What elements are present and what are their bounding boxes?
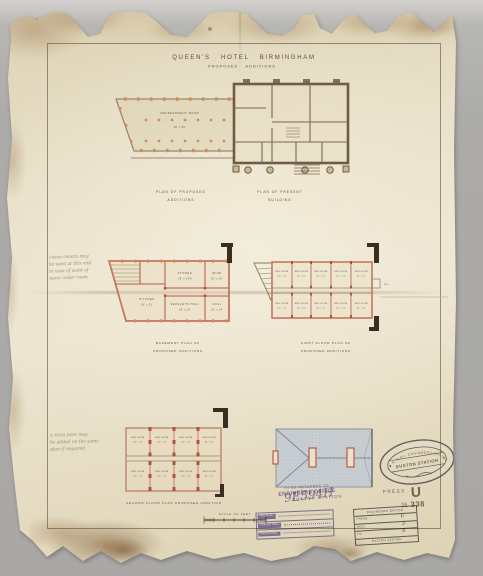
room-label: BED ROOM — [335, 271, 348, 273]
office-box-label: PRESS — [354, 517, 367, 521]
room-label: BED ROOM — [180, 471, 193, 473]
scanned-drawing-page: QUEEN'S HOTEL BIRMINGHAM PROPOSED ADDITI… — [0, 0, 483, 576]
pin-hole — [36, 17, 39, 20]
pencil-note-basement: These cellars may be used at this end in… — [49, 253, 92, 282]
caption: PROPOSED ADDITIONS — [153, 349, 202, 353]
office-box-label: No. — [355, 533, 363, 536]
caption: SECOND FLOOR PLAN PROPOSED ADDITION — [126, 501, 222, 505]
oval-stamp-center-text: EUSTON STATION — [396, 458, 439, 470]
room-dims: 13' x 11' — [181, 442, 191, 444]
title-block: QUEEN'S HOTEL BIRMINGHAM PROPOSED ADDITI… — [172, 55, 315, 69]
wall-mark — [221, 243, 233, 263]
paper-shadow-wrap: QUEEN'S HOTEL BIRMINGHAM PROPOSED ADDITI… — [0, 0, 483, 576]
room-dims: 13' x 11' — [277, 308, 287, 310]
record-row-label: PRESS No. — [258, 514, 276, 520]
room-dims: 13' x 11' — [316, 276, 326, 278]
room-label: BED ROOM — [355, 271, 368, 273]
room-label: COAL — [212, 303, 222, 306]
room-label: BED ROOM — [180, 437, 193, 439]
record-row-line — [283, 531, 330, 534]
record-row-label: TRACED ROLL — [258, 523, 281, 529]
room-label: BED ROOM — [203, 437, 216, 439]
room-dims: 19' x 14' — [179, 310, 191, 312]
office-box-label: ROLL — [355, 525, 366, 529]
press-value: U — [410, 483, 421, 500]
plan-basement: KITCHEN 26' x 21' STORES 19' x 14'6 WINE… — [109, 243, 233, 353]
room-dims: 13' x 11' — [157, 442, 167, 444]
office-box-value: U — [400, 514, 404, 519]
room-label: REFRESHMENT ROOM — [161, 112, 200, 115]
room-label: BED ROOM — [132, 471, 145, 473]
record-row-line — [279, 514, 330, 517]
plan-second-floor: BED ROOM 13' x 11' BED ROOM 13' x 11' BE… — [126, 408, 228, 505]
room-label: SERVANTS HALL — [170, 303, 199, 306]
plan-present-building: PLAN OF PRESENT BUILDING — [233, 79, 349, 202]
room-dims: 13' x 11' — [297, 276, 307, 278]
room-dims: 13' x 11' — [297, 308, 307, 310]
room-dims: 16' x 14' — [211, 279, 223, 281]
room-label: BED ROOM — [276, 303, 289, 305]
record-row-line — [284, 522, 330, 525]
room-label: BED ROOM — [315, 271, 328, 273]
office-box-value: 8 — [402, 529, 405, 534]
room-dims: 13' x 11' — [205, 476, 215, 478]
room-dims: 13' x 11' — [157, 476, 167, 478]
room-label: BED ROOM — [203, 471, 216, 473]
room-label: BED ROOM — [156, 437, 169, 439]
room-dims: 13' x 11' — [316, 308, 326, 310]
caption: PLAN OF PROPOSED — [156, 190, 206, 194]
room-label: BED ROOM — [276, 271, 289, 273]
plan-roof — [273, 429, 372, 487]
pencil-note-third-floor: A third floor may be added on the same p… — [50, 431, 99, 453]
press-label: PRESS — [383, 488, 406, 495]
room-label: BED ROOM — [132, 437, 145, 439]
room-dims: 16' x 14' — [211, 310, 223, 312]
oval-office-stamp: L.& N.W.RY. ENGINEERS OFFICE EUSTON STAT… — [377, 435, 457, 489]
scale-label: SCALE OF FEET — [219, 512, 252, 516]
caption: BASEMENT PLAN OF — [156, 341, 200, 345]
plan-first-floor: BED ROOM 13' x 11' BED ROOM 13' x 11' BE… — [254, 243, 448, 353]
aged-paper-sheet: QUEEN'S HOTEL BIRMINGHAM PROPOSED ADDITI… — [0, 0, 483, 576]
room-label: BED ROOM — [335, 303, 348, 305]
caption: FIRST FLOOR PLAN OF — [301, 341, 351, 345]
caption: PLAN OF PRESENT — [257, 190, 303, 194]
office-box-stamp: ENGINEERS OFFICE PRESS U ROLL 3 No. 8 EU… — [353, 505, 419, 546]
room-dims: 13' x 11' — [336, 276, 346, 278]
room-label: KITCHEN — [139, 298, 155, 301]
room-dims: 13' x 11' — [133, 442, 143, 444]
room-label: BED ROOM — [295, 303, 308, 305]
room-label: BED ROOM — [156, 471, 169, 473]
caption: BUILDING — [268, 198, 292, 202]
wc-label: W.C. — [384, 284, 390, 286]
room-dims: 26' x 21' — [141, 305, 153, 307]
caption: ADDITIONS — [168, 198, 195, 202]
room-label: BED ROOM — [355, 303, 368, 305]
room-dims: 13' x 11' — [181, 476, 191, 478]
portico-columns — [233, 165, 349, 174]
room-label: WINE — [212, 272, 221, 275]
paper-spot — [208, 27, 212, 31]
room-label: BED ROOM — [295, 271, 308, 273]
room-dims: 13' x 11' — [205, 442, 215, 444]
room-label: BED ROOM — [315, 303, 328, 305]
room-dims: 13' x 11' — [277, 276, 287, 278]
drawing-linework: QUEEN'S HOTEL BIRMINGHAM PROPOSED ADDITI… — [0, 0, 483, 576]
caption: PROPOSED ADDITIONS — [301, 349, 350, 353]
room-dims: 13' x 11' — [357, 276, 367, 278]
sheet-subtitle: PROPOSED ADDITIONS — [208, 65, 276, 69]
note-line: more cellar room — [49, 274, 92, 282]
purple-record-stamp: PRESS No. TRACED ROLL PHOTO ROLL — [255, 509, 334, 539]
plan-proposed-additions: REFRESHMENT ROOM 90' x 40' PLAN OF PROPO… — [116, 97, 234, 202]
room-dims: 90' x 40' — [174, 127, 186, 129]
room-dims: 13' x 11' — [357, 308, 367, 310]
office-box-value: 3 — [402, 521, 405, 526]
room-dims: 13' x 11' — [133, 476, 143, 478]
room-label: STORES — [178, 272, 192, 275]
note-line: plan if required — [50, 445, 99, 453]
room-dims: 13' x 11' — [336, 308, 346, 310]
sheet-title: QUEEN'S HOTEL BIRMINGHAM — [172, 55, 315, 61]
record-row-label: PHOTO ROLL — [258, 531, 280, 537]
room-dims: 19' x 14'6 — [178, 279, 192, 281]
